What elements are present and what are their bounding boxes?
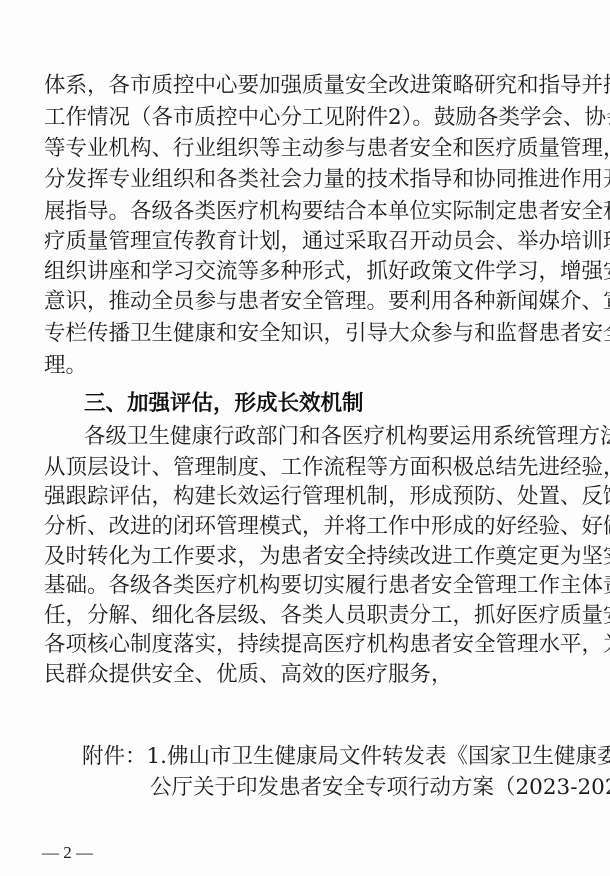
text-line: 等专业机构、行业组织等主动参与患者安全和医疗质量管理，充 (44, 133, 549, 164)
text-line: 分发挥专业组织和各类社会力量的技术指导和协同推进作用开 (44, 164, 549, 195)
text-line: 强跟踪评估，构建长效运行管理机制，形成预防、处置、反馈、 (44, 481, 549, 512)
page-number: — 2 — (42, 840, 93, 866)
text-line: 各项核心制度落实，持续提高医疗机构患者安全管理水平，为人 (44, 629, 549, 660)
attachment-line: 公厅关于印发患者安全专项行动方案（2023-2025 (150, 772, 549, 803)
text-line: 从顶层设计、管理制度、工作流程等方面积极总结先进经验，加 (44, 452, 549, 483)
text-line: 分析、改进的闭环管理模式，并将工作中形成的好经验、好做法 (44, 511, 549, 542)
attachment-line: 附件：1.佛山市卫生健康局文件转发表《国家卫生健康委办 (82, 741, 549, 772)
text-line: 各级卫生健康行政部门和各医疗机构要运用系统管理方法， (84, 421, 549, 452)
text-line: 组织讲座和学习交流等多种形式，抓好政策文件学习，增强安全 (44, 256, 549, 287)
text-line: 工作情况（各市质控中心分工见附件2）。鼓励各类学会、协会 (44, 102, 549, 133)
text-line: 意识，推动全员参与患者安全管理。要利用各种新闻媒介、宣传 (44, 286, 549, 317)
text-line: 任，分解、细化各层级、各类人员职责分工，抓好医疗质量安全 (44, 600, 549, 631)
text-line: 理。 (44, 350, 549, 381)
text-line: 体系，各市质控中心要加强质量安全改进策略研究和指导并报送 (44, 70, 549, 101)
text-line: 疗质量管理宣传教育计划，通过采取召开动员会、举办培训班、 (44, 226, 549, 257)
text-line: 及时转化为工作要求，为患者安全持续改进工作奠定更为坚实的 (44, 541, 549, 572)
text-line: 专栏传播卫生健康和安全知识，引导大众参与和监督患者安全管 (44, 318, 549, 349)
document-page: 体系，各市质控中心要加强质量安全改进策略研究和指导并报送 工作情况（各市质控中心… (0, 0, 610, 876)
section-heading: 三、加强评估，形成长效机制 (84, 388, 364, 419)
text-line: 展指导。各级各类医疗机构要结合本单位实际制定患者安全和医 (44, 196, 549, 227)
text-line: 基础。各级各类医疗机构要切实履行患者安全管理工作主体责 (44, 570, 549, 601)
text-line: 民群众提供安全、优质、高效的医疗服务， (44, 659, 549, 690)
